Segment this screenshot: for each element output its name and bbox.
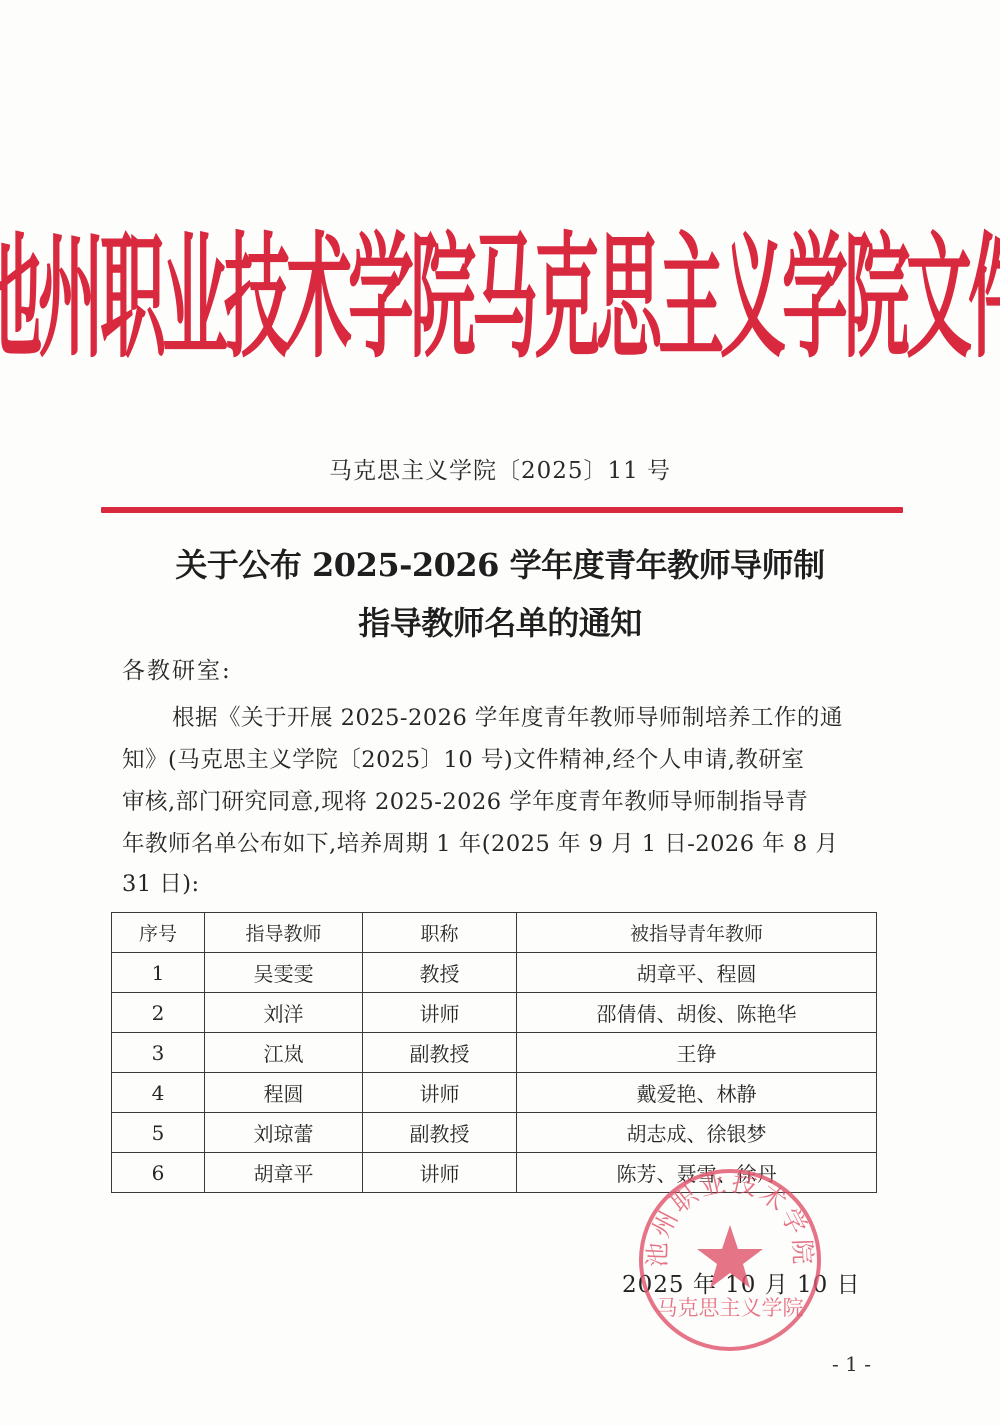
body-line-3: 审核,部门研究同意,现将 2025-2026 学年度青年教师导师制指导青	[122, 784, 808, 816]
table-row: 2 刘洋 讲师 邵倩倩、胡俊、陈艳华	[112, 993, 877, 1033]
cell-mentees: 胡章平、程圆	[517, 953, 877, 993]
body-line-4: 年教师名单公布如下,培养周期 1 年(2025 年 9 月 1 日-2026 年…	[122, 826, 838, 858]
cell-mentees: 戴爱艳、林静	[517, 1073, 877, 1113]
cell-seq: 5	[112, 1113, 205, 1153]
header-mentees: 被指导青年教师	[517, 913, 877, 953]
cell-seq: 4	[112, 1073, 205, 1113]
document-page: 池州职业技术学院马克思主义学院文件 马克思主义学院〔2025〕11 号 关于公布…	[0, 0, 1000, 1426]
body-line-1: 根据《关于开展 2025-2026 学年度青年教师导师制培养工作的通	[172, 700, 843, 732]
cell-seq: 1	[112, 953, 205, 993]
header-rank: 职称	[363, 913, 517, 953]
table-header-row: 序号 指导教师 职称 被指导青年教师	[112, 913, 877, 953]
table-row: 1 吴雯雯 教授 胡章平、程圆	[112, 953, 877, 993]
cell-rank: 讲师	[363, 1073, 517, 1113]
document-masthead: 池州职业技术学院马克思主义学院文件	[118, 121, 888, 449]
issue-date: 2025 年 10 月 10 日	[622, 1266, 861, 1299]
cell-seq: 6	[112, 1153, 205, 1193]
header-mentor: 指导教师	[205, 913, 363, 953]
seal-bottom-text: 马克思主义学院	[657, 1296, 804, 1320]
table-row: 3 江岚 副教授 王铮	[112, 1033, 877, 1073]
header-seq: 序号	[112, 913, 205, 953]
mentor-table: 序号 指导教师 职称 被指导青年教师 1 吴雯雯 教授 胡章平、程圆 2 刘洋 …	[111, 912, 877, 1193]
cell-seq: 2	[112, 993, 205, 1033]
cell-mentor: 刘洋	[205, 993, 363, 1033]
body-line-5: 31 日):	[122, 866, 200, 898]
cell-rank: 副教授	[363, 1113, 517, 1153]
cell-seq: 3	[112, 1033, 205, 1073]
table-row: 4 程圆 讲师 戴爱艳、林静	[112, 1073, 877, 1113]
document-number: 马克思主义学院〔2025〕11 号	[0, 452, 1000, 485]
cell-mentor: 程圆	[205, 1073, 363, 1113]
notice-title-line-2: 指导教师名单的通知	[0, 598, 1000, 644]
cell-mentor: 江岚	[205, 1033, 363, 1073]
official-seal-icon: 池州职业技术学院 马克思主义学院	[637, 1167, 823, 1353]
cell-rank: 讲师	[363, 1153, 517, 1193]
salutation: 各教研室:	[122, 652, 232, 685]
cell-mentees: 王铮	[517, 1033, 877, 1073]
cell-mentees: 陈芳、聂雪、徐丹	[517, 1153, 877, 1193]
table-row: 6 胡章平 讲师 陈芳、聂雪、徐丹	[112, 1153, 877, 1193]
body-line-2: 知》(马克思主义学院〔2025〕10 号)文件精神,经个人申请,教研室	[122, 742, 804, 774]
red-divider-rule	[101, 507, 903, 513]
cell-rank: 教授	[363, 953, 517, 993]
page-number: - 1 -	[832, 1352, 871, 1376]
cell-rank: 副教授	[363, 1033, 517, 1073]
cell-mentees: 胡志成、徐银梦	[517, 1113, 877, 1153]
cell-rank: 讲师	[363, 993, 517, 1033]
notice-title-line-1: 关于公布 2025-2026 学年度青年教师导师制	[0, 540, 1000, 586]
cell-mentor: 胡章平	[205, 1153, 363, 1193]
mentor-table-container: 序号 指导教师 职称 被指导青年教师 1 吴雯雯 教授 胡章平、程圆 2 刘洋 …	[111, 912, 876, 1193]
cell-mentor: 刘琼蕾	[205, 1113, 363, 1153]
table-row: 5 刘琼蕾 副教授 胡志成、徐银梦	[112, 1113, 877, 1153]
cell-mentees: 邵倩倩、胡俊、陈艳华	[517, 993, 877, 1033]
cell-mentor: 吴雯雯	[205, 953, 363, 993]
